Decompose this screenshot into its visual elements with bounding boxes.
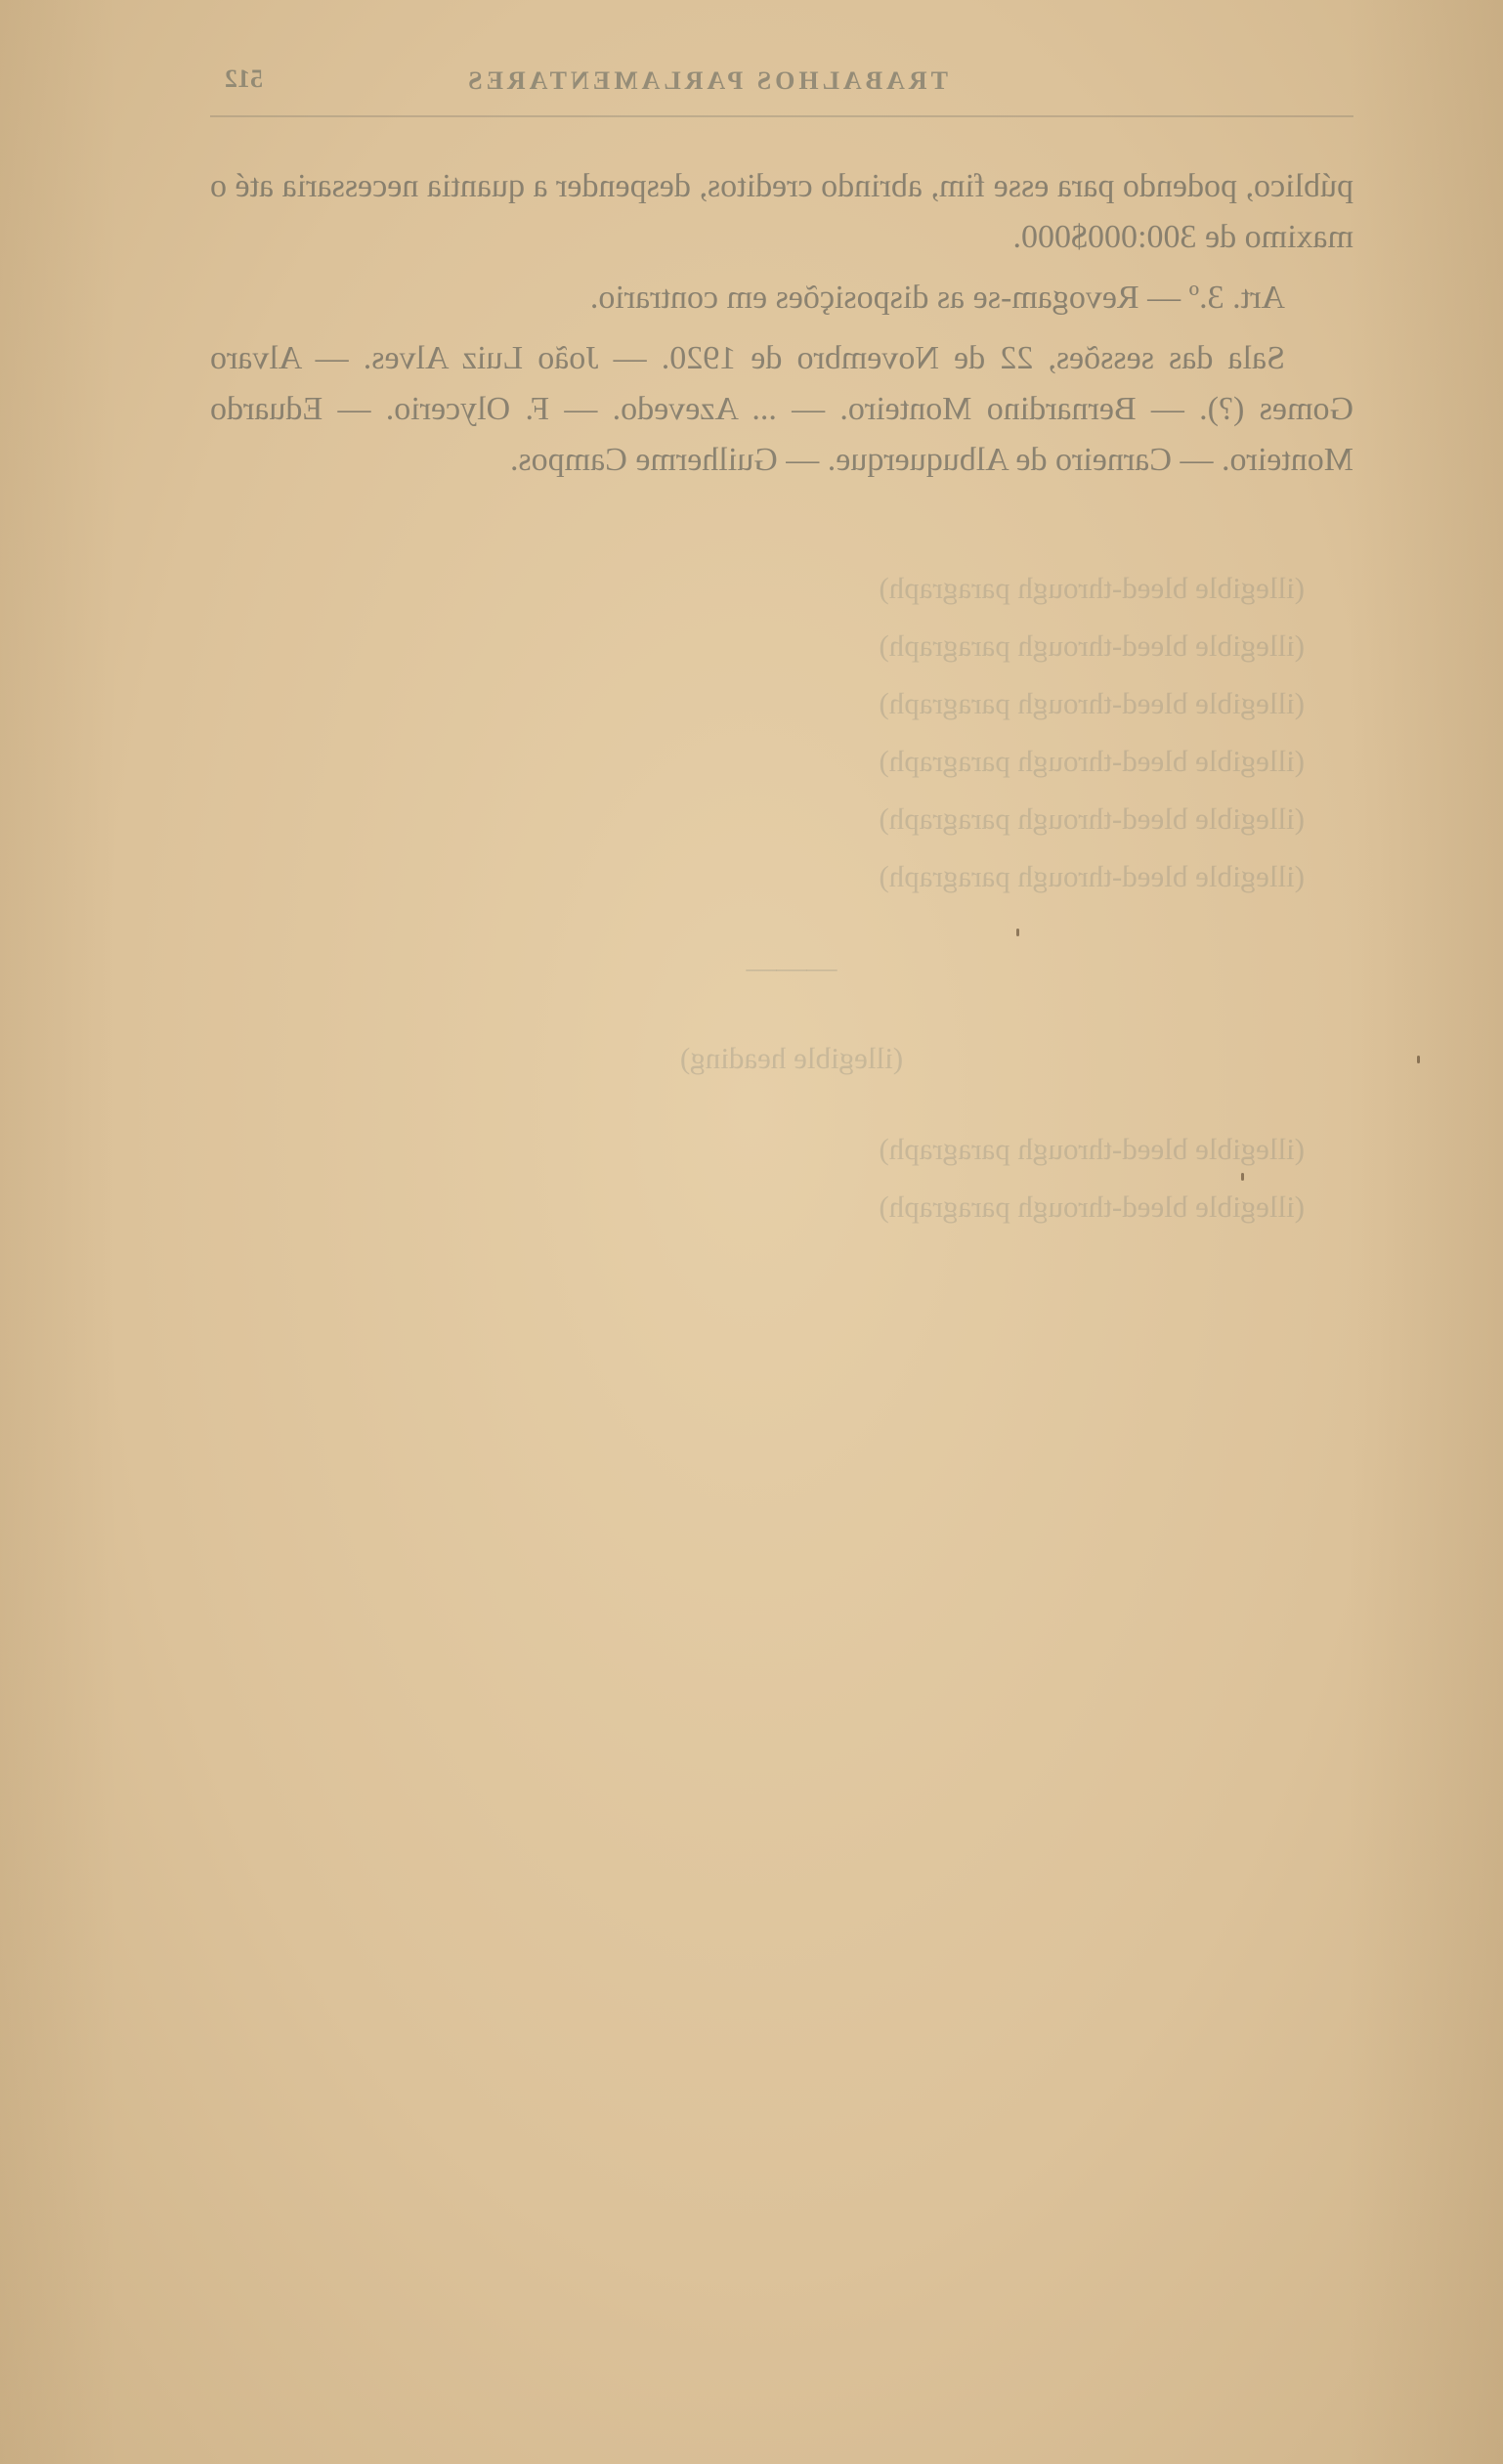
paragraph: (illegible bleed-through paragraph) xyxy=(210,620,1373,671)
header-title: TRABALHOS PARLAMENTARES xyxy=(464,66,948,96)
paper-speck xyxy=(1241,1173,1244,1181)
separator: ——— xyxy=(210,941,1373,993)
paragraph: (illegible bleed-through paragraph) xyxy=(210,735,1373,787)
paragraph: (illegible bleed-through paragraph) xyxy=(210,1123,1373,1175)
paragraph: público, podendo para esse fim, abrindo … xyxy=(210,161,1353,263)
header-rule xyxy=(210,115,1353,117)
paper-speck xyxy=(1016,929,1019,936)
paragraph: (illegible bleed-through paragraph) xyxy=(210,1181,1373,1232)
page-shadow-left xyxy=(0,0,117,2464)
paper-speck xyxy=(1417,1056,1420,1063)
paragraph: (illegible bleed-through paragraph) xyxy=(210,677,1373,729)
page-number: 512 xyxy=(225,65,263,94)
section-heading: (illegible heading) xyxy=(210,1032,1373,1084)
paragraph: (illegible bleed-through paragraph) xyxy=(210,793,1373,844)
faint-text-block: (illegible bleed-through paragraph) (ill… xyxy=(210,562,1373,1238)
paragraph: Art. 3.º — Revogam-se as disposições em … xyxy=(210,273,1353,324)
running-header: TRABALHOS PARLAMENTARES 512 xyxy=(225,61,1124,109)
paragraph: (illegible bleed-through paragraph) xyxy=(210,850,1373,902)
paragraph: (illegible bleed-through paragraph) xyxy=(210,562,1373,614)
upper-text-block: público, podendo para esse fim, abrindo … xyxy=(210,161,1353,496)
signatures-paragraph: Sala das sessões, 22 de Novembro de 1920… xyxy=(210,333,1353,486)
